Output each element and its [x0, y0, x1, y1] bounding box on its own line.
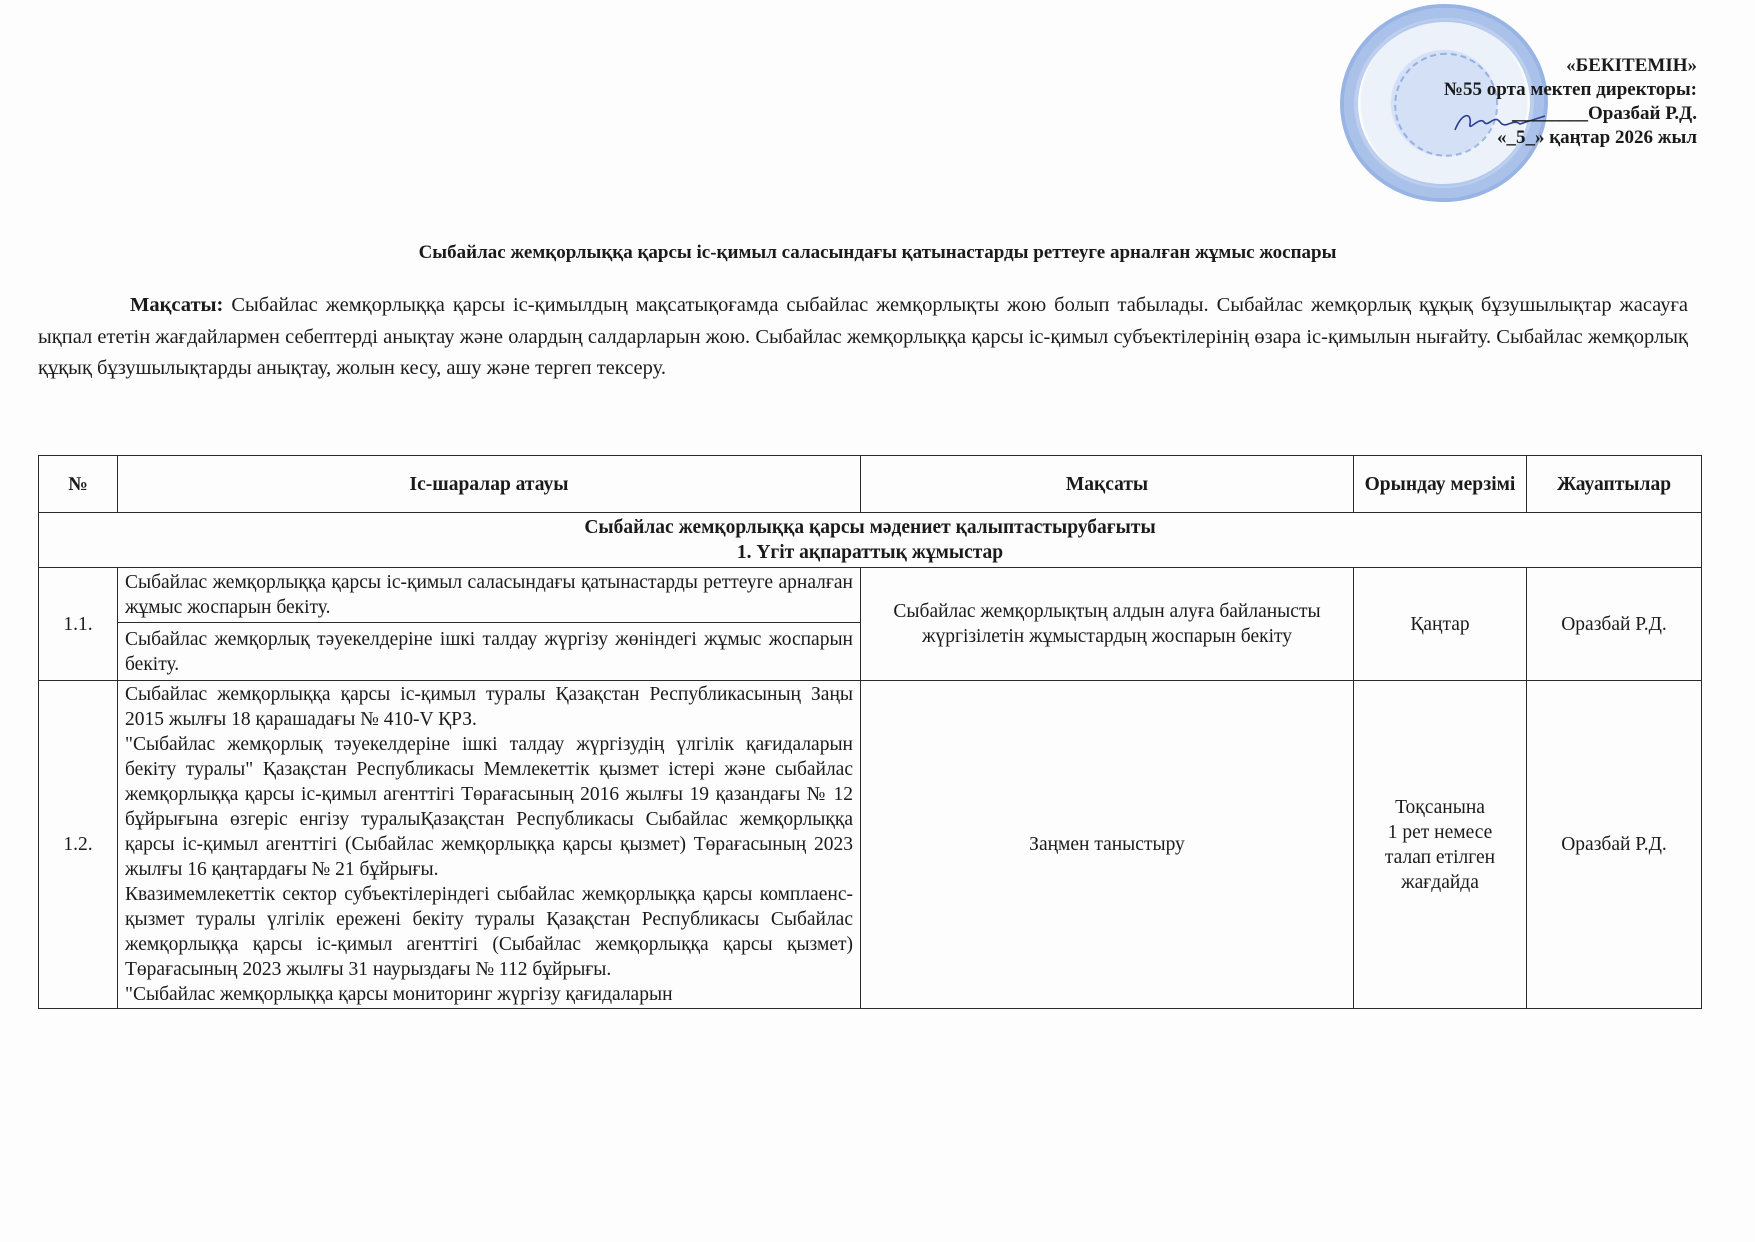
header-activity-name: Іс-шаралар атауы	[118, 456, 861, 513]
activity-paragraph: Сыбайлас жемқорлыққа қарсы іс-қимыл тура…	[125, 682, 853, 732]
header-responsible: Жауаптылар	[1527, 456, 1702, 513]
approval-signatory: ________Оразбай Р.Д.	[1444, 102, 1697, 126]
section-subtitle: 1. Үгіт ақпараттық жұмыстар	[46, 540, 1694, 565]
activity-goal: Сыбайлас жемқорлықтың алдын алуға байлан…	[861, 568, 1354, 681]
header-deadline: Орындау мерзімі	[1354, 456, 1527, 513]
approval-heading: «БЕКІТЕМІН»	[1444, 54, 1697, 78]
activity-responsible: Оразбай Р.Д.	[1527, 568, 1702, 681]
activity-goal: Заңмен таныстыру	[861, 681, 1354, 1009]
activity-name: Сыбайлас жемқорлыққа қарсы іс-қимыл тура…	[118, 681, 861, 1009]
section-heading: Сыбайлас жемқорлыққа қарсы мәдениет қалы…	[39, 513, 1702, 568]
section-direction: Сыбайлас жемқорлыққа қарсы мәдениет қалы…	[46, 515, 1694, 540]
approval-position: №55 орта мектеп директоры:	[1444, 78, 1697, 102]
header-goal: Мақсаты	[861, 456, 1354, 513]
purpose-paragraph: Мақсаты: Сыбайлас жемқорлыққа қарсы іс-қ…	[38, 290, 1688, 385]
activity-name: Сыбайлас жемқорлыққа қарсы іс-қимыл сала…	[118, 568, 861, 623]
purpose-label: Мақсаты:	[130, 294, 223, 316]
deadline-line: 1 рет немесе	[1361, 820, 1519, 845]
work-plan-table: № Іс-шаралар атауы Мақсаты Орындау мерзі…	[38, 455, 1702, 1009]
approval-date: «_5_» қаңтар 2026 жыл	[1444, 126, 1697, 150]
purpose-text: Сыбайлас жемқорлыққа қарсы іс-қимылдың м…	[38, 294, 1688, 379]
header-number: №	[39, 456, 118, 513]
table-header-row: № Іс-шаралар атауы Мақсаты Орындау мерзі…	[39, 456, 1702, 513]
table-row: 1.2. Сыбайлас жемқорлыққа қарсы іс-қимыл…	[39, 681, 1702, 1009]
approval-block: «БЕКІТЕМІН» №55 орта мектеп директоры: _…	[1444, 54, 1697, 150]
activity-deadline: Тоқсанына 1 рет немесе талап етілген жағ…	[1354, 681, 1527, 1009]
document-title: Сыбайлас жемқорлыққа қарсы іс-қимыл сала…	[0, 241, 1755, 265]
table-row: 1.1. Сыбайлас жемқорлыққа қарсы іс-қимыл…	[39, 568, 1702, 623]
section-row: Сыбайлас жемқорлыққа қарсы мәдениет қалы…	[39, 513, 1702, 568]
activity-paragraph: "Сыбайлас жемқорлыққа қарсы мониторинг ж…	[125, 982, 853, 1007]
activity-deadline: Қаңтар	[1354, 568, 1527, 681]
activity-responsible: Оразбай Р.Д.	[1527, 681, 1702, 1009]
deadline-line: жағдайда	[1361, 870, 1519, 895]
activity-paragraph: "Сыбайлас жемқорлық тәуекелдеріне ішкі т…	[125, 732, 853, 882]
row-number: 1.1.	[39, 568, 118, 681]
row-number: 1.2.	[39, 681, 118, 1009]
activity-paragraph: Квазимемлекеттік сектор субъектілеріндег…	[125, 882, 853, 982]
deadline-line: Тоқсанына	[1361, 795, 1519, 820]
activity-name: Сыбайлас жемқорлық тәуекелдеріне ішкі та…	[118, 623, 861, 681]
deadline-line: талап етілген	[1361, 845, 1519, 870]
